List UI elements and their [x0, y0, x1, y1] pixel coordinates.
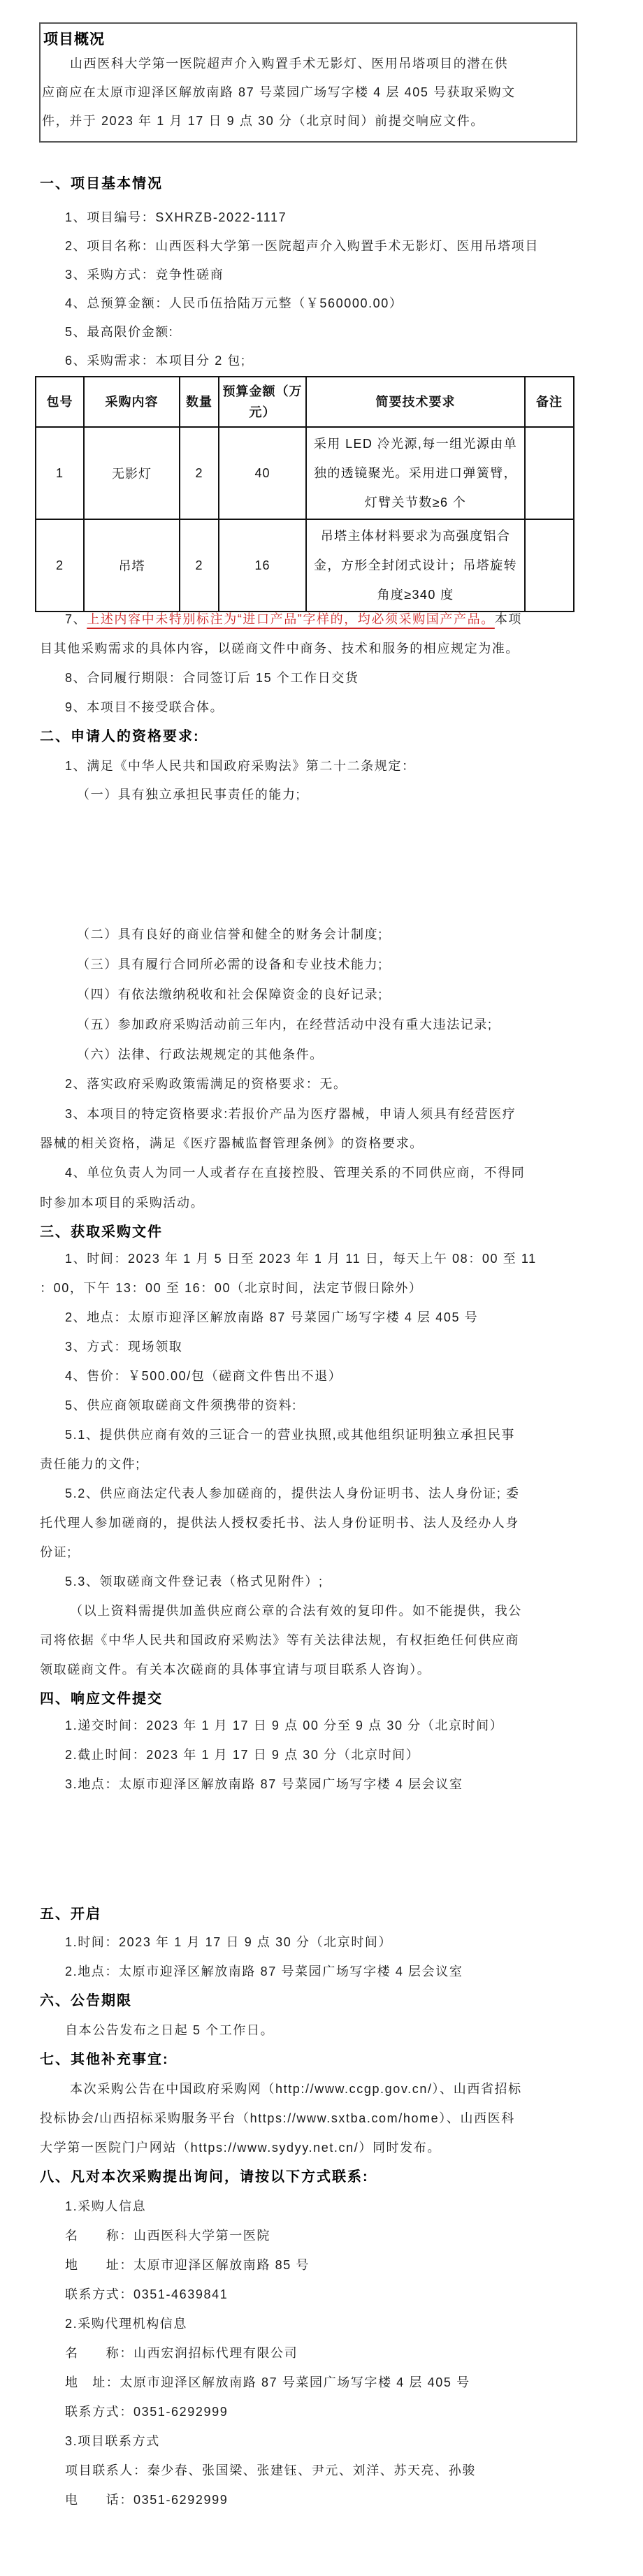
doc-line: 大学第一医院门户网站（https://www.sydyy.net.cn/）同时发… — [40, 2140, 441, 2155]
section-heading: 二、申请人的资格要求: — [40, 729, 200, 744]
doc-line: 司将依据《中华人民共和国政府采购法》等有关法律法规，有权拒绝任何供应商 — [40, 1633, 519, 1648]
doc-line: 3、方式：现场领取 — [65, 1339, 182, 1354]
doc-line: 领取磋商文件。有关本次磋商的具体事宜请与项目联系人咨询）。 — [40, 1662, 431, 1677]
section-heading: 一、项目基本情况 — [40, 176, 163, 191]
doc-line: 器械的相关资格，满足《医疗器械监督管理条例》的资格要求。 — [40, 1136, 424, 1151]
col-header-content: 采购内容 — [84, 377, 180, 427]
overview-line: 山西医科大学第一医院超声介入购置手术无影灯、医用吊塔项目的潜在供 — [70, 56, 508, 71]
doc-line: （三）具有履行合同所必需的设备和专业技术能力; — [77, 957, 383, 972]
doc-line: （五）参加政府采购活动前三年内，在经营活动中没有重大违法记录; — [77, 1017, 493, 1032]
doc-line: 5.2、供应商法定代表人参加磋商的，提供法人身份证明书、法人身份证; 委 — [65, 1486, 520, 1501]
cell-tech-requirements: 采用 LED 冷光源,每一组光源由单独的透镜聚光。采用进口弹簧臂，灯臂关节数≥6… — [306, 427, 525, 519]
doc-line: 2、地点：太原市迎泽区解放南路 87 号菜园广场写字楼 4 层 405 号 — [65, 1310, 478, 1325]
procurement-packages-table: 包号 采购内容 数量 预算金额（万元） 简要技术要求 备注 1 无影灯 2 40… — [35, 376, 575, 612]
doc-line: 3.地点：太原市迎泽区解放南路 87 号菜园广场写字楼 4 层会议室 — [65, 1777, 463, 1792]
procurement-notice-document: 项目概况 山西医科大学第一医院超声介入购置手术无影灯、医用吊塔项目的潜在供 应商… — [0, 0, 643, 2576]
doc-line: （一）具有独立承担民事责任的能力; — [77, 787, 301, 802]
doc-line: 项目联系人：秦少春、张国梁、张建钰、尹元、刘洋、苏天亮、孙骏 — [65, 2463, 476, 2478]
doc-line: 1、满足《中华人民共和国政府采购法》第二十二条规定： — [65, 758, 416, 774]
doc-line: 1.时间：2023 年 1 月 17 日 9 点 30 分（北京时间） — [65, 1934, 392, 1950]
doc-line: 责任能力的文件; — [40, 1456, 140, 1472]
cell-budget: 40 — [219, 427, 306, 519]
cell-budget: 16 — [219, 519, 306, 612]
section-heading: 七、其他补充事宜: — [40, 2052, 169, 2067]
cell-package-no: 2 — [36, 519, 84, 612]
cell-note — [525, 519, 574, 612]
table-header-row: 包号 采购内容 数量 预算金额（万元） 简要技术要求 备注 — [36, 377, 574, 427]
doc-line: 地 址：太原市迎泽区解放南路 85 号 — [65, 2257, 310, 2273]
doc-line: 4、总预算金额：人民币伍拾陆万元整（￥560000.00） — [65, 296, 403, 311]
doc-line: 4、单位负责人为同一人或者存在直接控股、管理关系的不同供应商，不得同 — [65, 1165, 525, 1180]
doc-line: （二）具有良好的商业信誉和健全的财务会计制度; — [77, 927, 383, 942]
doc-line: 1、时间：2023 年 1 月 5 日至 2023 年 1 月 11 日，每天上… — [65, 1251, 537, 1266]
doc-line: 3、采购方式：竞争性磋商 — [65, 267, 224, 282]
section-heading: 六、公告期限 — [40, 1993, 132, 2009]
doc-line: 联系方式：0351-4639841 — [65, 2287, 228, 2302]
doc-line: 5.1、提供供应商有效的三证合一的营业执照,或其他组织证明独立承担民事 — [65, 1427, 515, 1442]
doc-line: 电 话：0351-6292999 — [65, 2492, 228, 2508]
doc-line: 3、本项目的特定资格要求:若报价产品为医疗器械，申请人须具有经营医疗 — [65, 1106, 516, 1122]
section-heading: 四、响应文件提交 — [40, 1691, 163, 1707]
doc-line: 5、供应商领取磋商文件须携带的资料: — [65, 1398, 297, 1413]
col-header-tech: 简要技术要求 — [306, 377, 525, 427]
table-row: 1 无影灯 2 40 采用 LED 冷光源,每一组光源由单独的透镜聚光。采用进口… — [36, 427, 574, 519]
doc-line: 2.采购代理机构信息 — [65, 2316, 187, 2331]
section-heading: 八、凡对本次采购提出询问，请按以下方式联系: — [40, 2169, 369, 2185]
col-header-note: 备注 — [525, 377, 574, 427]
doc-line: 4、售价：￥500.00/包（磋商文件售出不退） — [65, 1368, 342, 1384]
cell-content: 吊塔 — [84, 519, 180, 612]
doc-line: 托代理人参加磋商的，提供法人授权委托书、法人身份证明书、法人及经办人身 — [40, 1515, 519, 1531]
doc-line-domestic-product-notice: 7、上述内容中未特别标注为“进口产品”字样的，均必须采购国产产品。本项 — [65, 612, 522, 627]
doc-line: 9、本项目不接受联合体。 — [65, 700, 224, 715]
doc-line: 目其他采购需求的具体内容，以磋商文件中商务、技术和服务的相应规定为准。 — [40, 641, 519, 656]
doc-line: 2.截止时间：2023 年 1 月 17 日 9 点 30 分（北京时间） — [65, 1747, 419, 1763]
section-heading: 五、开启 — [40, 1906, 101, 1922]
doc-line: 1.采购人信息 — [65, 2199, 146, 2214]
cell-tech-requirements: 吊塔主体材料要求为高强度铝合金，方形全封闭式设计；吊塔旋转角度≥340 度 — [306, 519, 525, 612]
section-heading: 三、获取采购文件 — [40, 1224, 163, 1240]
item7-red-text: 上述内容中未特别标注为“进口产品”字样的，均必须采购国产产品。 — [87, 612, 495, 626]
doc-line: 时参加本项目的采购活动。 — [40, 1195, 204, 1210]
table-row: 2 吊塔 2 16 吊塔主体材料要求为高强度铝合金，方形全封闭式设计；吊塔旋转角… — [36, 519, 574, 612]
cell-note — [525, 427, 574, 519]
doc-line: 6、采购需求：本项目分 2 包; — [65, 353, 246, 368]
cell-package-no: 1 — [36, 427, 84, 519]
doc-line: 份证; — [40, 1544, 72, 1560]
col-header-package: 包号 — [36, 377, 84, 427]
doc-line: 3.项目联系方式 — [65, 2433, 160, 2449]
doc-line: 本次采购公告在中国政府采购网（http://www.ccgp.gov.cn/）、… — [70, 2081, 522, 2097]
doc-line: 2、落实政府采购政策需满足的资格要求：无。 — [65, 1076, 347, 1092]
doc-line: （四）有依法缴纳税收和社会保障资金的良好记录; — [77, 987, 383, 1002]
doc-line: （六）法律、行政法规规定的其他条件。 — [77, 1047, 324, 1062]
col-header-budget: 预算金额（万元） — [219, 377, 306, 427]
doc-line: ：00，下午 13：00 至 16：00（北京时间，法定节假日除外） — [40, 1280, 423, 1296]
doc-line: 自本公告发布之日起 5 个工作日。 — [65, 2023, 274, 2038]
doc-line: 1.递交时间：2023 年 1 月 17 日 9 点 00 分至 9 点 30 … — [65, 1718, 503, 1733]
doc-line: 5.3、领取磋商文件登记表（格式见附件）; — [65, 1574, 324, 1589]
cell-qty: 2 — [180, 519, 219, 612]
doc-line: 2.地点：太原市迎泽区解放南路 87 号菜园广场写字楼 4 层会议室 — [65, 1964, 463, 1979]
item7-number: 7、 — [65, 612, 87, 626]
doc-line: 8、合同履行期限：合同签订后 15 个工作日交货 — [65, 670, 359, 686]
doc-line: 名 称：山西医科大学第一医院 — [65, 2228, 270, 2243]
cell-qty: 2 — [180, 427, 219, 519]
doc-line: 地 址：太原市迎泽区解放南路 87 号菜园广场写字楼 4 层 405 号 — [65, 2375, 470, 2390]
doc-line: 投标协会/山西招标采购服务平台（https://www.sxtba.com/ho… — [40, 2111, 515, 2126]
doc-line: 5、最高限价金额: — [65, 324, 173, 340]
doc-line: 2、项目名称：山西医科大学第一医院超声介入购置手术无影灯、医用吊塔项目 — [65, 238, 539, 254]
overview-title: 项目概况 — [43, 28, 105, 49]
overview-line: 件，并于 2023 年 1 月 17 日 9 点 30 分（北京时间）前提交响应… — [42, 113, 484, 129]
doc-line: （以上资料需提供加盖供应商公章的合法有效的复印件。如不能提供，我公 — [70, 1603, 522, 1619]
doc-line: 联系方式：0351-6292999 — [65, 2404, 228, 2419]
item7-tail: 本项 — [495, 612, 522, 626]
cell-content: 无影灯 — [84, 427, 180, 519]
doc-line: 1、项目编号：SXHRZB-2022-1117 — [65, 210, 287, 225]
overview-line: 应商应在太原市迎泽区解放南路 87 号菜园广场写字楼 4 层 405 号获取采购… — [42, 85, 516, 100]
col-header-qty: 数量 — [180, 377, 219, 427]
doc-line: 名 称：山西宏润招标代理有限公司 — [65, 2345, 298, 2361]
